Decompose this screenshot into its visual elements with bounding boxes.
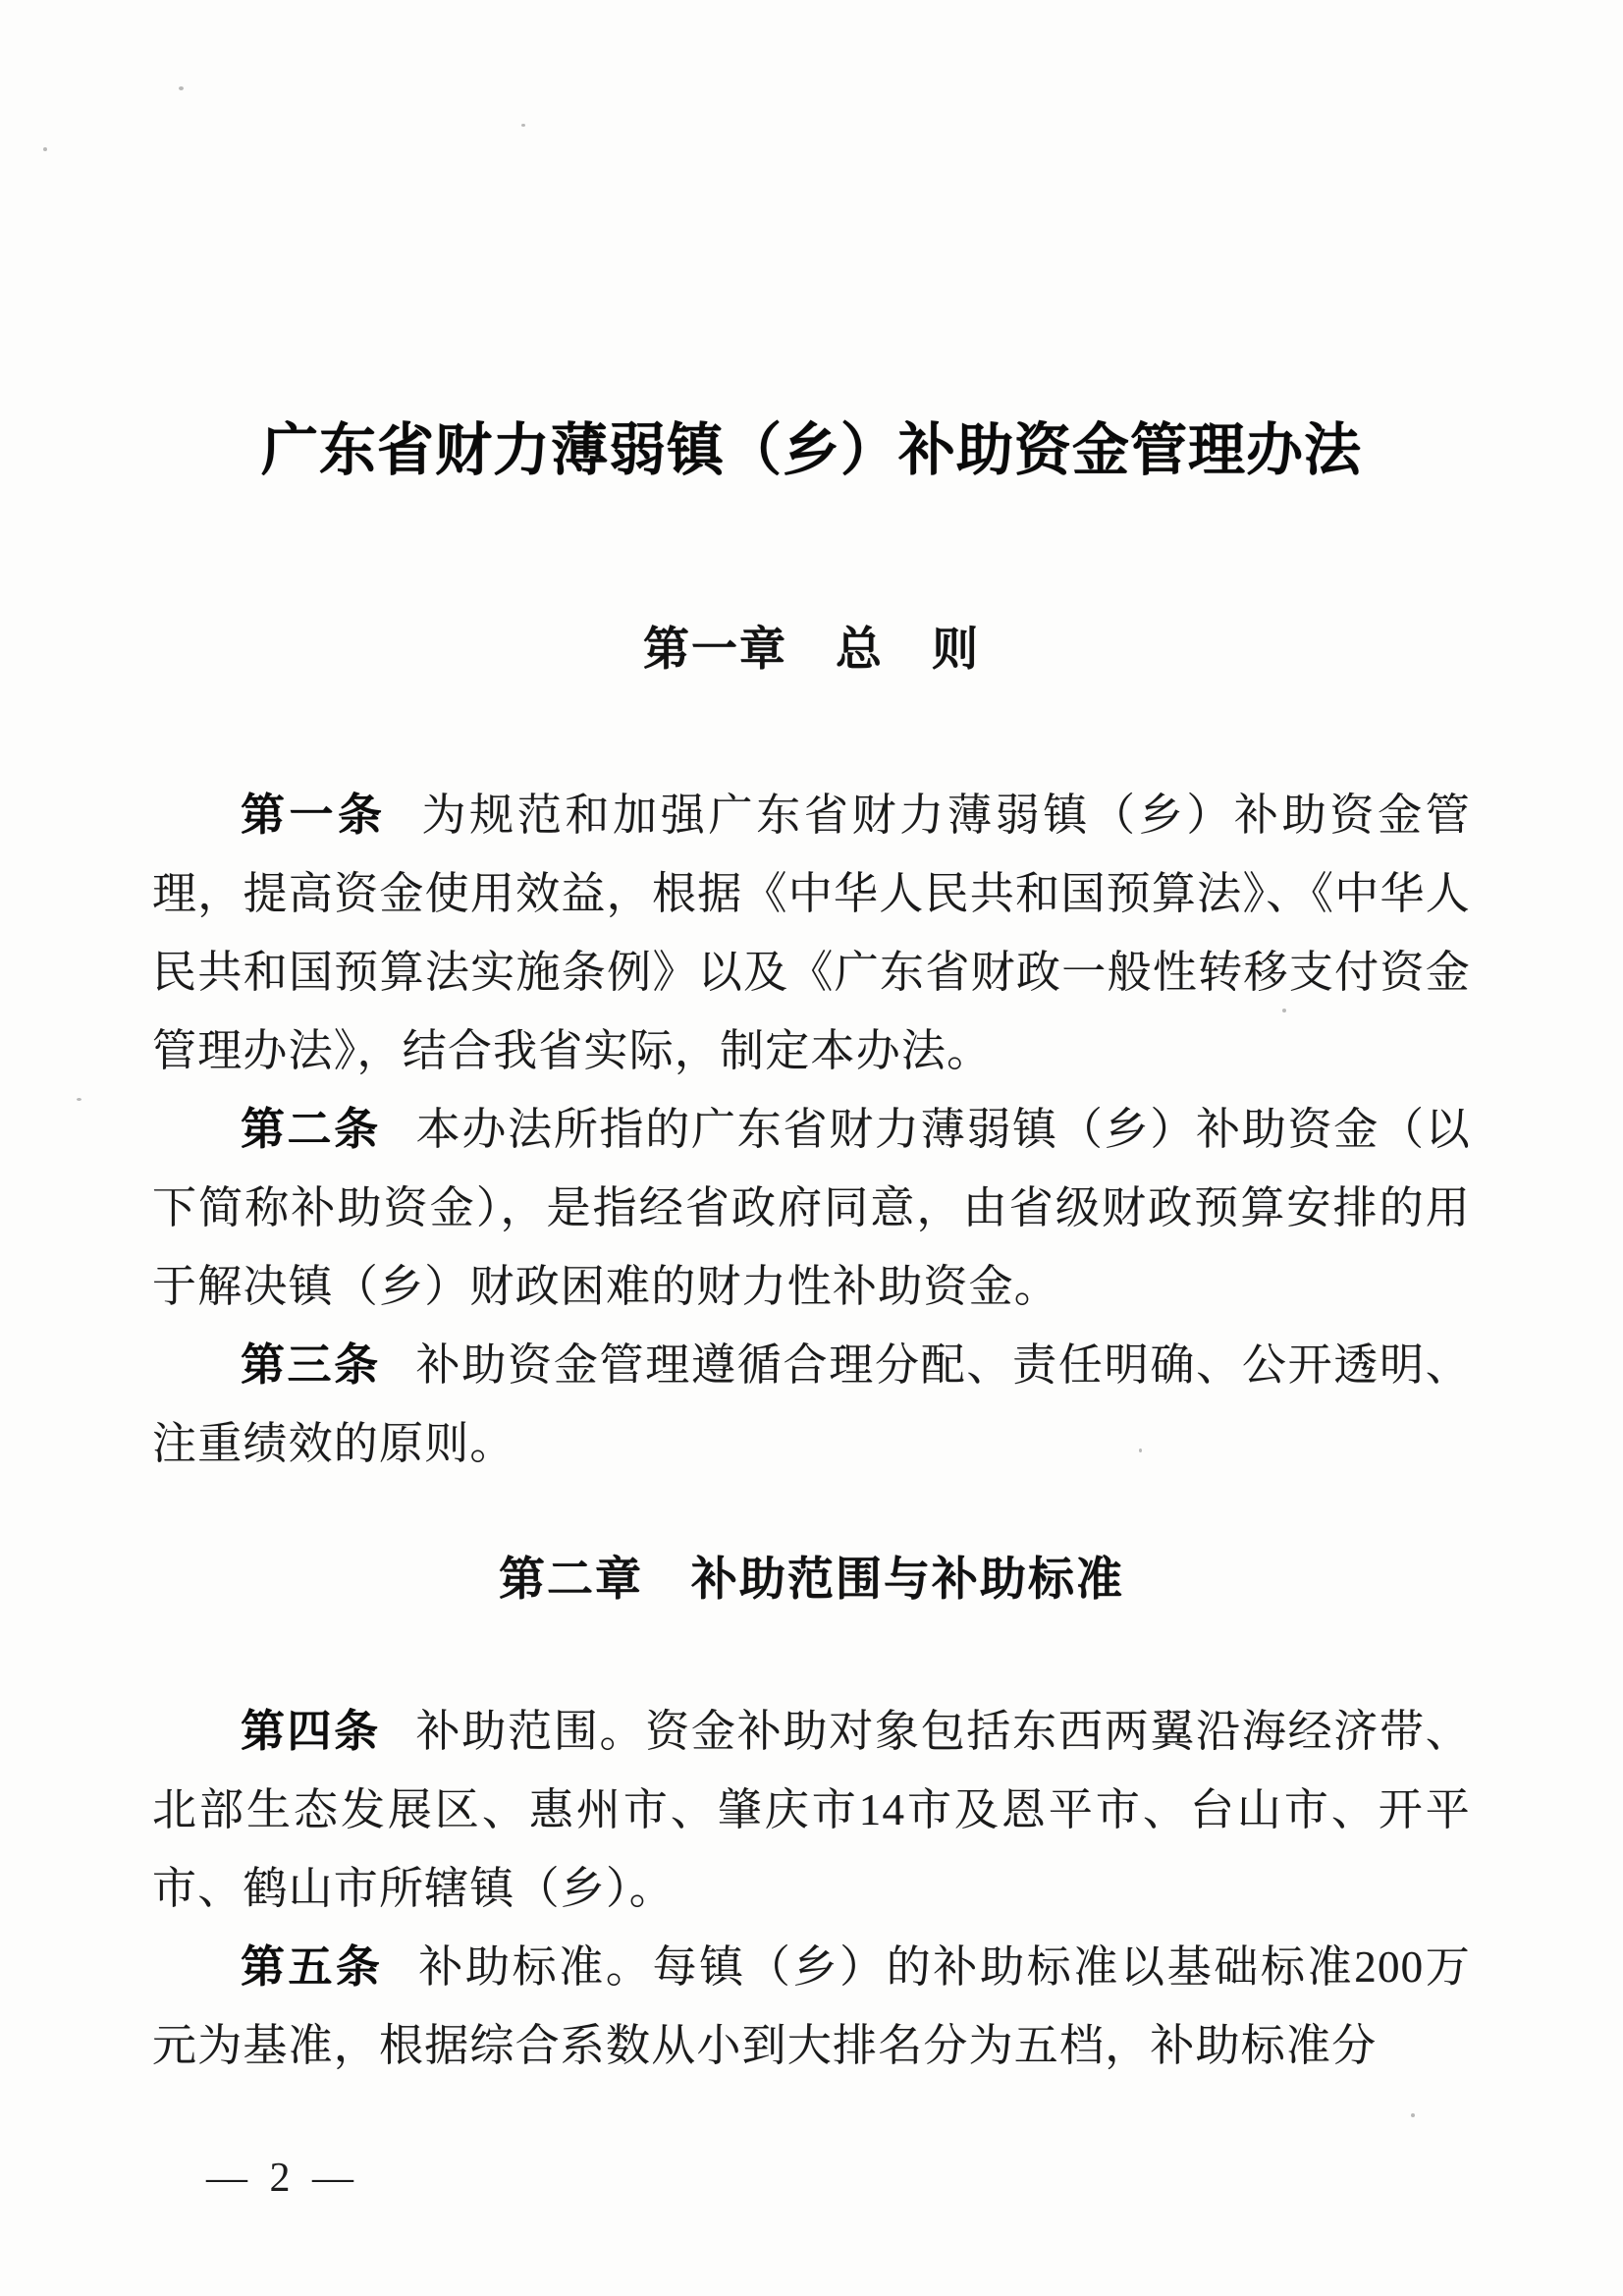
chapter-1-heading: 第一章 总 则 bbox=[0, 619, 1623, 680]
article-3-label: 第三条 bbox=[241, 1339, 381, 1390]
article-2-label: 第二条 bbox=[241, 1104, 381, 1154]
article-4-paragraph: 第四条补助范围。资金补助对象包括东西两翼沿海经济带、北部生态发展区、惠州市、肇庆… bbox=[152, 1692, 1471, 1928]
document-title: 广东省财力薄弱镇（乡）补助资金管理办法 bbox=[0, 416, 1623, 485]
article-4-label: 第四条 bbox=[241, 1706, 381, 1756]
chapter-1-body: 第一条为规范和加强广东省财力薄弱镇（乡）补助资金管理，提高资金使用效益，根据《中… bbox=[152, 776, 1471, 1483]
article-2-paragraph: 第二条本办法所指的广东省财力薄弱镇（乡）补助资金（以下简称补助资金），是指经省政… bbox=[152, 1090, 1471, 1326]
chapter-2-heading: 第二章 补助范围与补助标准 bbox=[0, 1549, 1623, 1610]
article-1-label: 第一条 bbox=[241, 790, 386, 840]
article-3-paragraph: 第三条补助资金管理遵循合理分配、责任明确、公开透明、注重绩效的原则。 bbox=[152, 1326, 1471, 1483]
article-5-label: 第五条 bbox=[241, 1941, 383, 1992]
scan-speck bbox=[77, 1098, 81, 1101]
chapter-2-body: 第四条补助范围。资金补助对象包括东西两翼沿海经济带、北部生态发展区、惠州市、肇庆… bbox=[152, 1692, 1471, 2085]
scan-speck bbox=[1139, 1449, 1142, 1452]
document-page: 广东省财力薄弱镇（乡）补助资金管理办法 第一章 总 则 第一条为规范和加强广东省… bbox=[0, 0, 1623, 2296]
page-number: — 2 — bbox=[206, 2157, 359, 2200]
scan-speck bbox=[1282, 1009, 1286, 1012]
scan-speck bbox=[1411, 2113, 1415, 2117]
scan-speck bbox=[179, 86, 184, 90]
article-5-paragraph: 第五条补助标准。每镇（乡）的补助标准以基础标准200万元为基准，根据综合系数从小… bbox=[152, 1928, 1471, 2085]
scan-speck bbox=[521, 124, 525, 127]
article-1-paragraph: 第一条为规范和加强广东省财力薄弱镇（乡）补助资金管理，提高资金使用效益，根据《中… bbox=[152, 776, 1471, 1090]
scan-speck bbox=[43, 147, 47, 151]
